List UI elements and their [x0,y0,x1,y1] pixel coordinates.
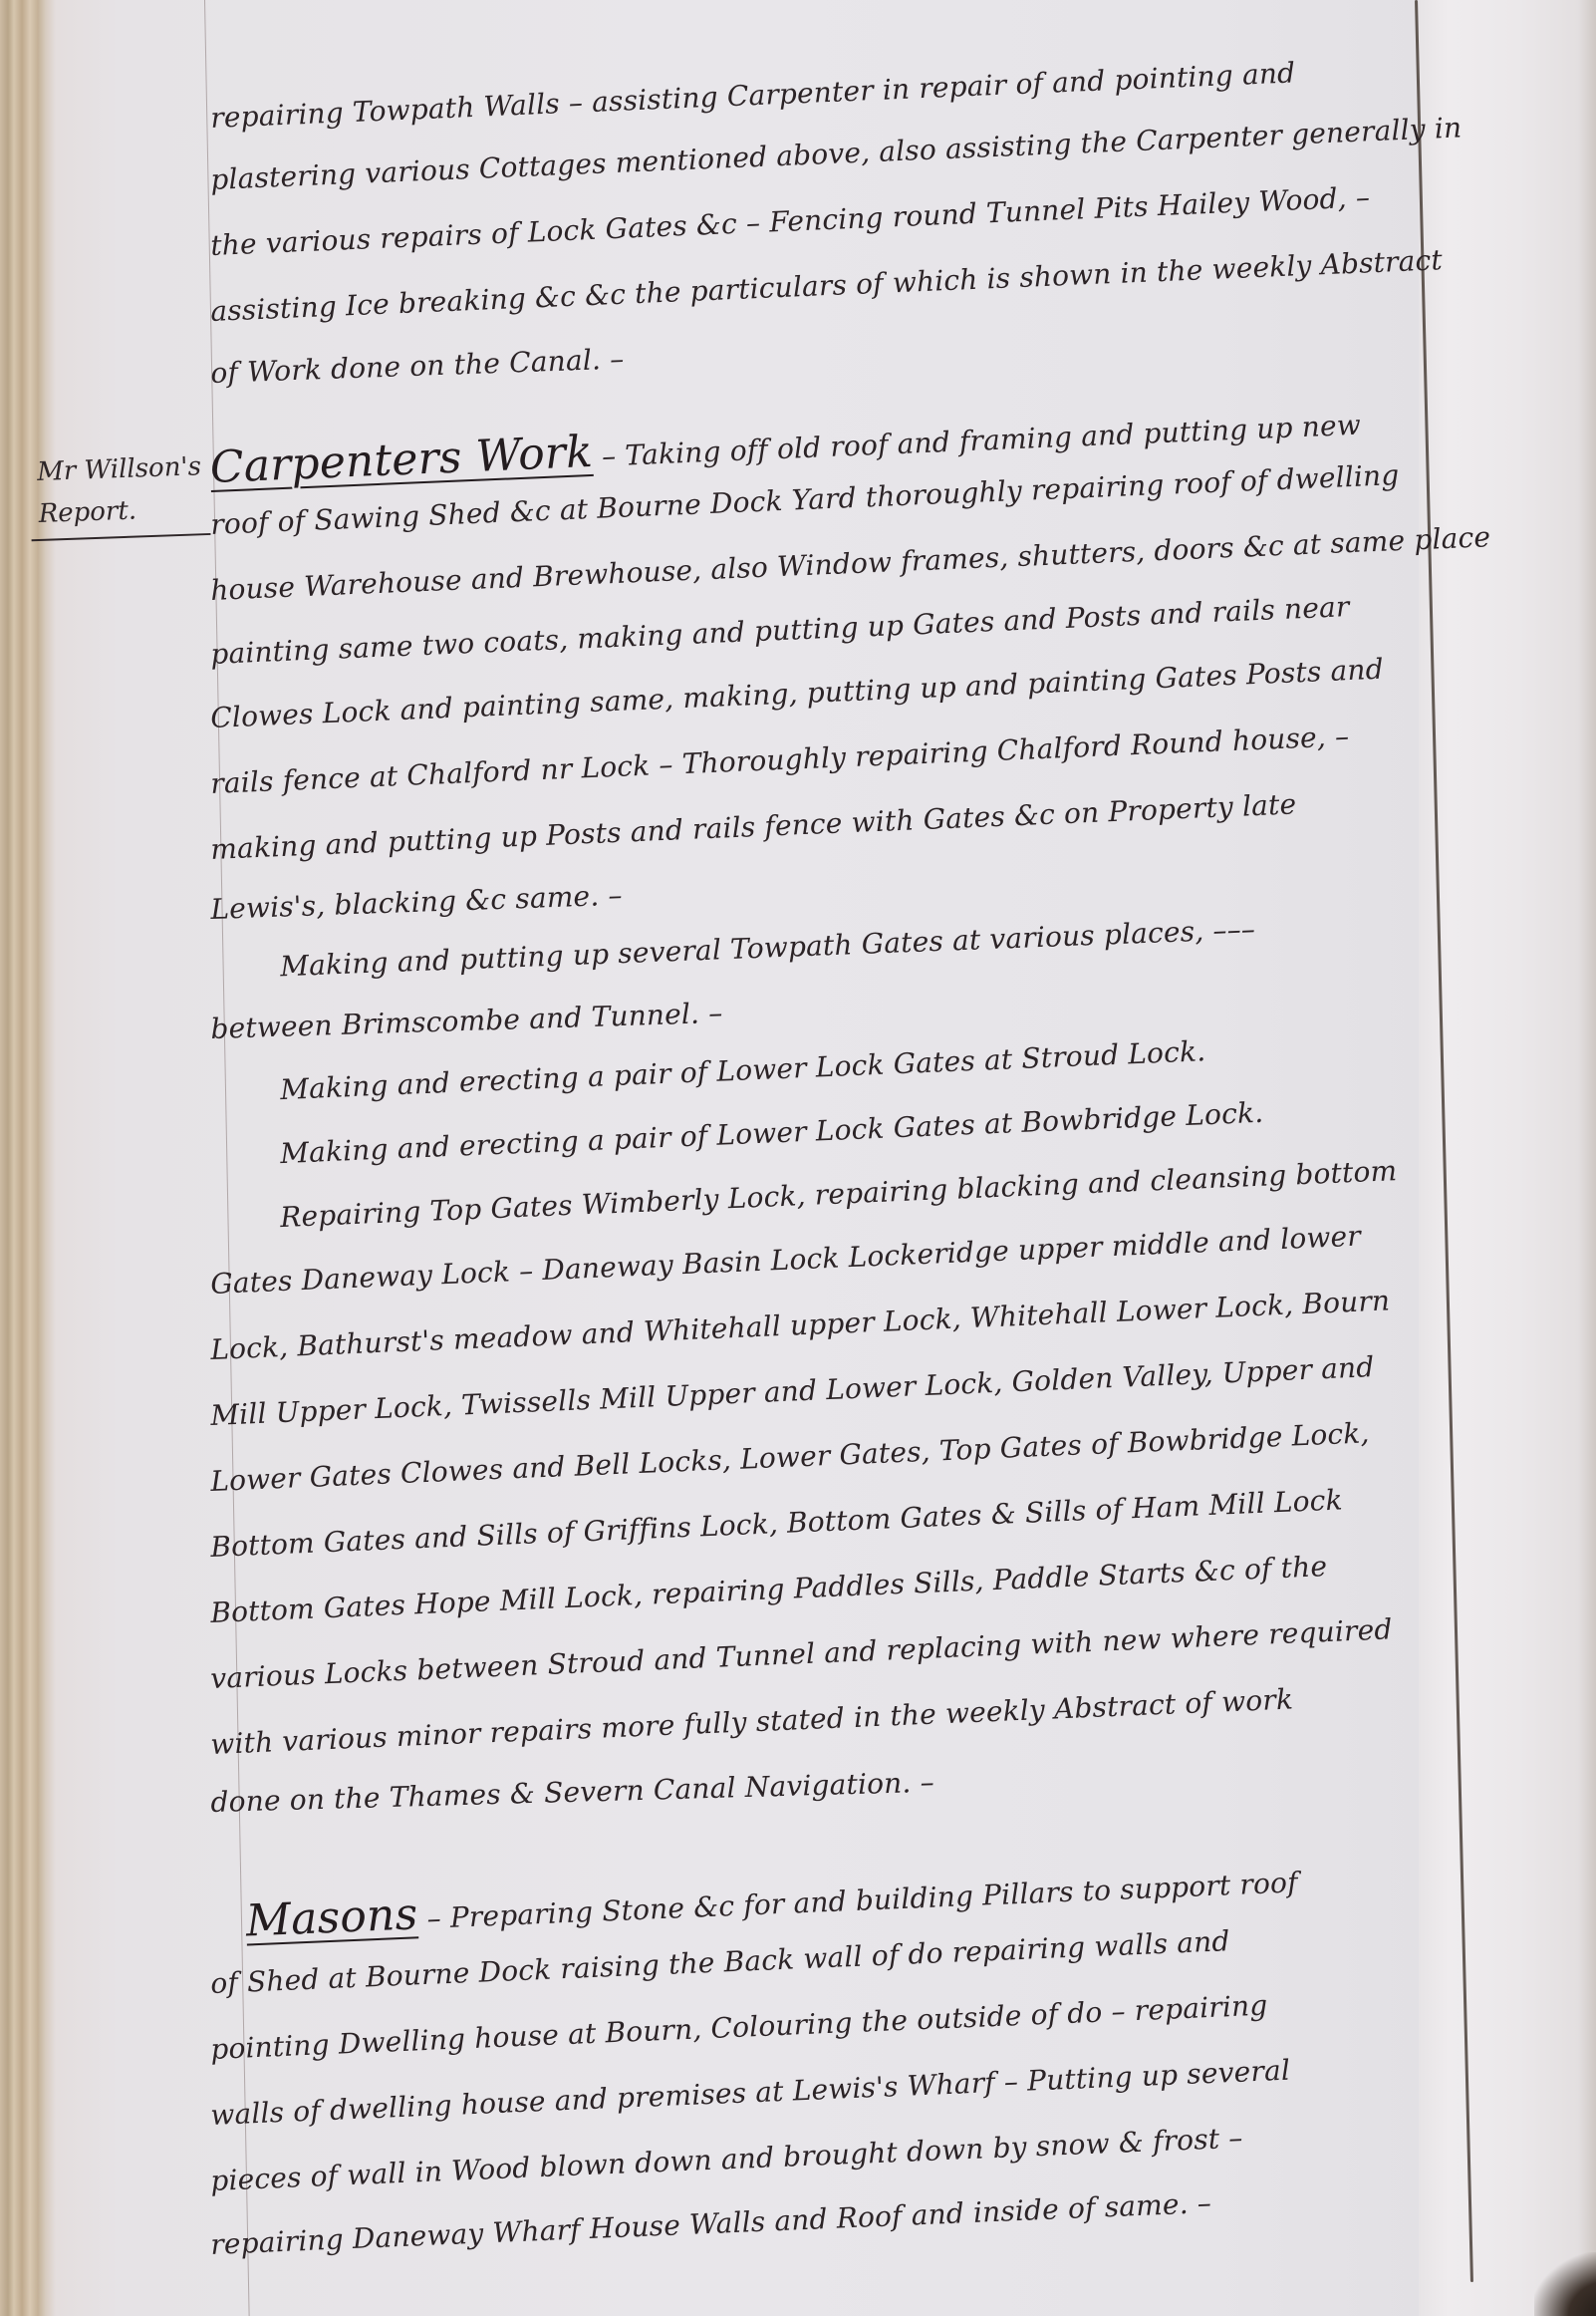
text-line: painting same two coats, making and putt… [210,590,1351,671]
binding-shadow [1534,2252,1596,2316]
text-line: pointing Dwelling house at Bourn, Colour… [210,1989,1268,2066]
text-line: Bottom Gates and Sills of Griffins Lock,… [210,1483,1344,1564]
text-line: Making and erecting a pair of Lower Lock… [210,1096,1264,1173]
text-line: – Preparing Stone &c for and building Pi… [426,1866,1298,1935]
margin-note-label: Report. [38,487,208,535]
text-line: of Work done on the Canal. – [210,343,625,390]
text-line: making and putting up Posts and rails fe… [210,787,1297,866]
text-line: done on the Thames & Severn Canal Naviga… [210,1766,934,1819]
text-line: – Taking off old roof and framing and pu… [601,409,1361,473]
text-line: repairing Daneway Wharf House Walls and … [210,2186,1212,2261]
text-line: Clowes Lock and painting same, making, p… [210,653,1385,734]
section-heading-carpenters: Carpenters Work [209,427,594,493]
text-line: Lock, Bathurst's meadow and Whitehall up… [210,1284,1391,1366]
text-line: various Locks between Stroud and Tunnel … [210,1612,1394,1695]
manuscript-page: Mr Willson's Report. repairing Towpath W… [0,0,1596,2316]
text-line: the various repairs of Lock Gates &c – F… [210,180,1371,262]
section-heading-masons: Masons [245,1888,418,1946]
text-line: Making and putting up several Towpath Ga… [210,913,1256,986]
text-line: Mill Upper Lock, Twissells Mill Upper an… [210,1350,1375,1432]
text-line: assisting Ice breaking &c &c the particu… [210,243,1444,328]
text-line: Making and erecting a pair of Lower Lock… [210,1034,1206,1109]
margin-note: Mr Willson's Report. [36,445,208,541]
text-line: repairing Towpath Walls – assisting Carp… [210,56,1296,135]
text-line: with various minor repairs more fully st… [210,1682,1294,1761]
text-line: walls of dwelling house and premises at … [210,2054,1291,2132]
text-line: Lewis's, blacking &c same. – [210,879,623,926]
text-line: between Brimscombe and Tunnel. – [210,997,723,1045]
text-line: rails fence at Chalford nr Lock – Thorou… [210,720,1350,800]
text-line: Gates Daneway Lock – Daneway Basin Lock … [210,1220,1362,1301]
margin-note-author: Mr Willson's [36,445,206,493]
text-line: Bottom Gates Hope Mill Lock, repairing P… [210,1550,1328,1629]
text-line: Lower Gates Clowes and Bell Locks, Lower… [210,1416,1371,1498]
text-line: pieces of wall in Wood blown down and br… [210,2122,1244,2197]
